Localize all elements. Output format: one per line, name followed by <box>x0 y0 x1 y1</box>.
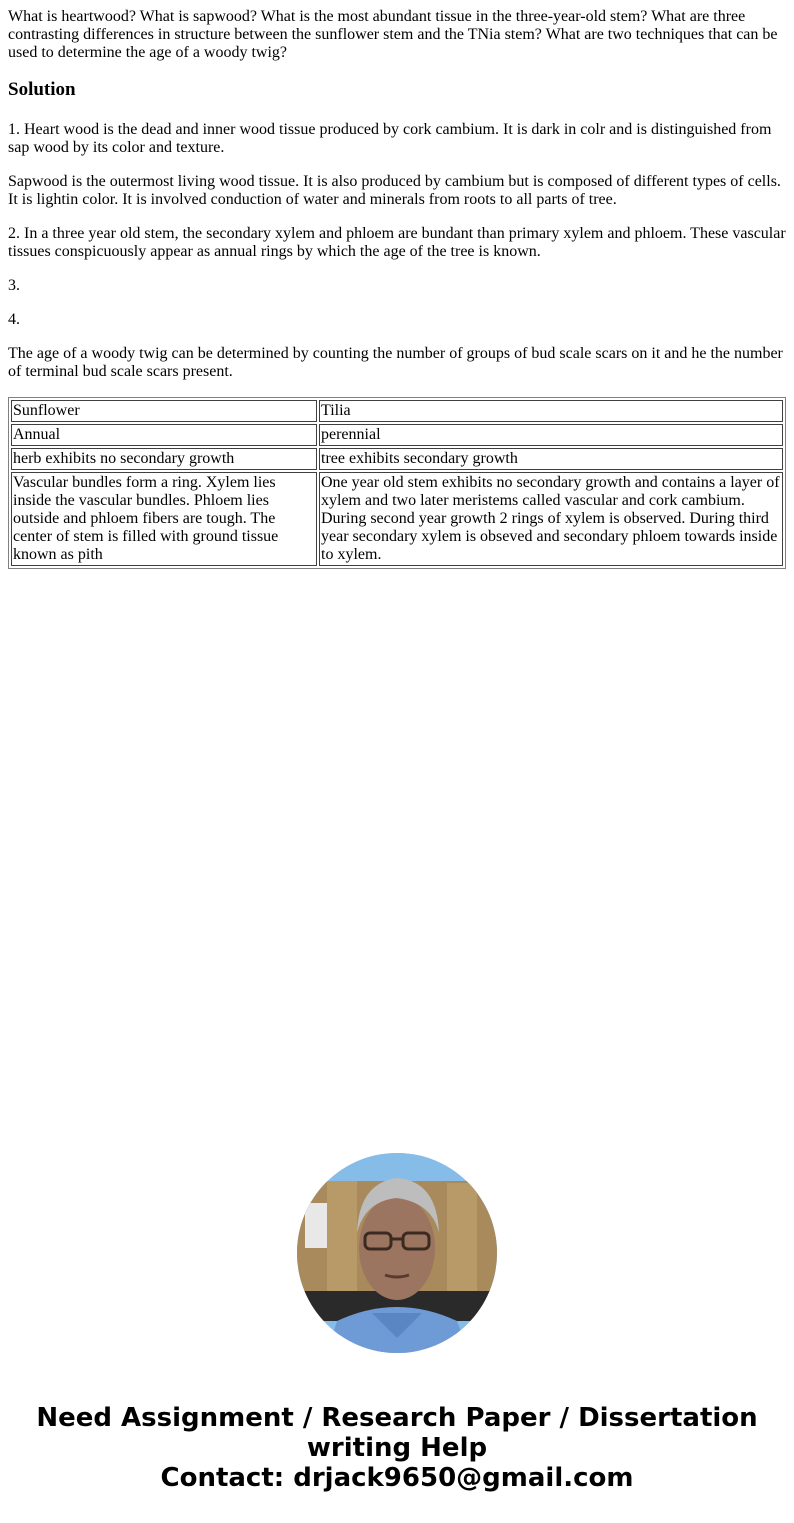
answer-4: 4. <box>8 311 786 329</box>
answer-twig-age: The age of a woody twig can be determine… <box>8 345 786 381</box>
table-cell: tree exhibits secondary growth <box>319 448 783 470</box>
table-cell: Annual <box>11 424 317 446</box>
comparison-table: Sunflower Tilia Annual perennial herb ex… <box>8 397 786 569</box>
profile-photo-icon <box>297 1153 497 1353</box>
answer-sapwood: Sapwood is the outermost living wood tis… <box>8 173 786 209</box>
answer-abundant-tissue: 2. In a three year old stem, the seconda… <box>8 225 786 261</box>
promo-line-1: Need Assignment / Research Paper / Disse… <box>0 1403 794 1433</box>
promo-contact: Contact: drjack9650@gmail.com <box>0 1463 794 1493</box>
table-row: Annual perennial <box>11 424 783 446</box>
question-text: What is heartwood? What is sapwood? What… <box>8 8 786 62</box>
promo-banner: Need Assignment / Research Paper / Disse… <box>0 1403 794 1493</box>
promo-line-2: writing Help <box>0 1433 794 1463</box>
avatar <box>297 1153 497 1353</box>
solution-heading: Solution <box>8 79 786 101</box>
table-row: herb exhibits no secondary growth tree e… <box>11 448 783 470</box>
table-cell-tilia: Tilia <box>319 400 783 422</box>
table-row: Vascular bundles form a ring. Xylem lies… <box>11 472 783 566</box>
table-cell: perennial <box>319 424 783 446</box>
answer-heartwood: 1. Heart wood is the dead and inner wood… <box>8 121 786 157</box>
answer-3: 3. <box>8 277 786 295</box>
table-cell: One year old stem exhibits no secondary … <box>319 472 783 566</box>
table-row: Sunflower Tilia <box>11 400 783 422</box>
table-cell: Vascular bundles form a ring. Xylem lies… <box>11 472 317 566</box>
page-content: What is heartwood? What is sapwood? What… <box>0 0 794 569</box>
table-cell-sunflower: Sunflower <box>11 400 317 422</box>
table-cell: herb exhibits no secondary growth <box>11 448 317 470</box>
